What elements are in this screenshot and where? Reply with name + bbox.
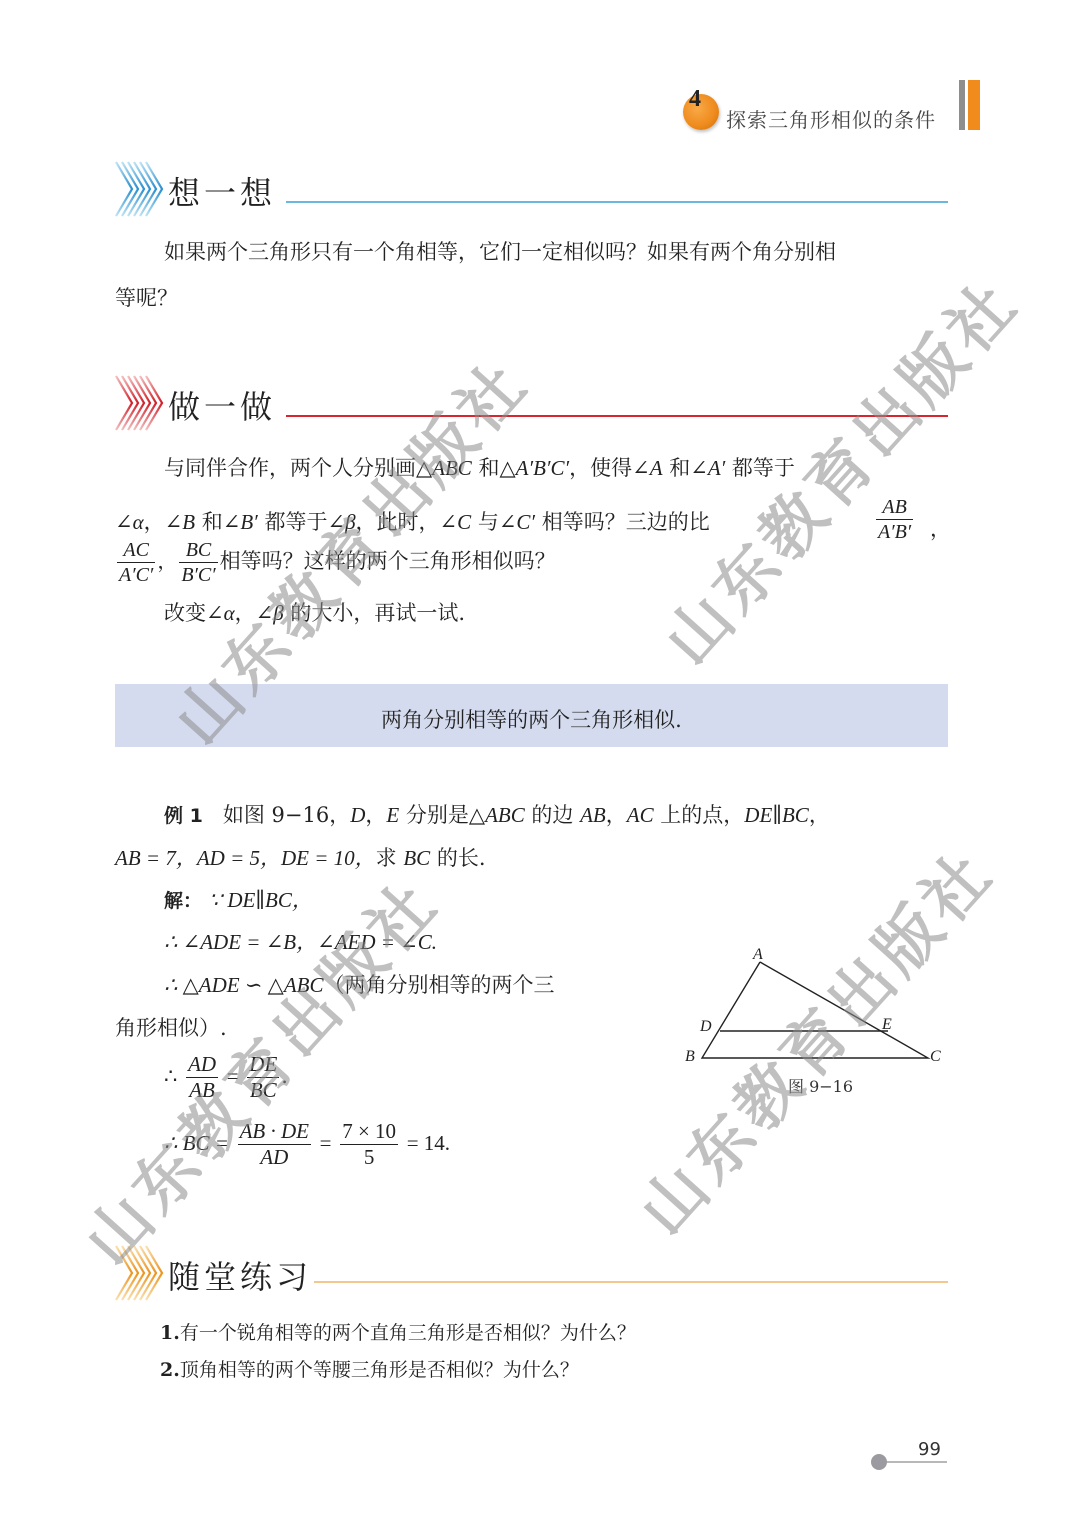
think-paragraph-line2: 等呢？ (115, 288, 178, 309)
triangle-figure (690, 950, 940, 1070)
section-do-rule (286, 415, 948, 417)
do-paragraph-line3: ACA′C′，BCB′C′相等吗？这样的两个三角形相似吗？ (115, 540, 556, 585)
figure-label-e: E (882, 1016, 892, 1034)
chevron-stripes-red-icon (114, 374, 164, 432)
page-dot-icon (871, 1454, 887, 1470)
solution-line3: ∴ △ADE ∽ △ABC（两角分别相等的两个三 (164, 975, 555, 996)
solution-proportion: ∴ ADAB = DEBC. (164, 1054, 288, 1101)
section-think-title: 想一想 (168, 168, 276, 214)
comma: ， (930, 513, 951, 543)
chevron-stripes-orange-icon (114, 1244, 164, 1302)
theorem-text: 两角分别相等的两个三角形相似. (115, 704, 948, 734)
page-number: 99 (918, 1439, 941, 1460)
example-line2: AB = 7，AD = 5，DE = 10，求 BC 的长. (115, 848, 486, 869)
theorem-box: 两角分别相等的两个三角形相似. (115, 684, 948, 747)
header-bar-gray (959, 80, 965, 130)
figure-label-c: C (930, 1048, 941, 1066)
section-think-rule (286, 201, 948, 203)
solution-result: ∴ BC = AB · DEAD = 7 × 105 = 14. (164, 1121, 450, 1168)
do-paragraph-line4: 改变∠α，∠β 的大小，再试一试. (164, 603, 465, 624)
figure-caption: 图 9−16 (788, 1074, 853, 1097)
example-line1: 例 1 如图 9−16，D，E 分别是△ABC 的边 AB，AC 上的点，DE∥… (164, 805, 830, 826)
figure-label-b: B (685, 1048, 695, 1066)
section-think-heading: 想一想 (114, 160, 948, 220)
solution-line2: ∴ ∠ADE = ∠B，∠AED = ∠C. (164, 932, 437, 953)
figure-label-d: D (700, 1018, 712, 1036)
chapter-title: 探索三角形相似的条件 (726, 104, 936, 133)
header-bar-orange (968, 80, 980, 130)
practice-item-1: 1.有一个锐角相等的两个直角三角形是否相似？为什么？ (160, 1324, 636, 1343)
practice-item-2: 2.顶角相等的两个等腰三角形是否相似？为什么？ (160, 1361, 579, 1380)
section-practice-title: 随堂练习 (168, 1252, 312, 1298)
chapter-number: 4 (689, 86, 701, 113)
section-do-title: 做一做 (168, 382, 276, 428)
chevron-stripes-blue-icon (114, 160, 164, 218)
example-label: 例 1 (164, 805, 203, 827)
section-practice-rule (314, 1281, 948, 1283)
section-practice-heading: 随堂练习 (114, 1244, 948, 1304)
page-rule (887, 1461, 947, 1463)
figure-label-a: A (753, 946, 763, 964)
do-paragraph-line1: 与同伴合作，两个人分别画△ABC 和△A′B′C′，使得∠A 和∠A′ 都等于 (164, 458, 795, 479)
section-do-heading: 做一做 (114, 374, 948, 434)
ratio-ab-fraction: ABA′B′ (874, 497, 915, 542)
solution-line3-cont: 角形相似）. (115, 1018, 227, 1039)
solution-line1: 解： ∵ DE∥BC， (164, 890, 313, 911)
do-paragraph-line2: ∠α，∠B 和∠B′ 都等于∠β，此时，∠C 与∠C′ 相等吗？三边的比 (115, 512, 710, 533)
think-paragraph-line1: 如果两个三角形只有一个角相等，它们一定相似吗？如果有两个角分别相 (164, 242, 836, 263)
